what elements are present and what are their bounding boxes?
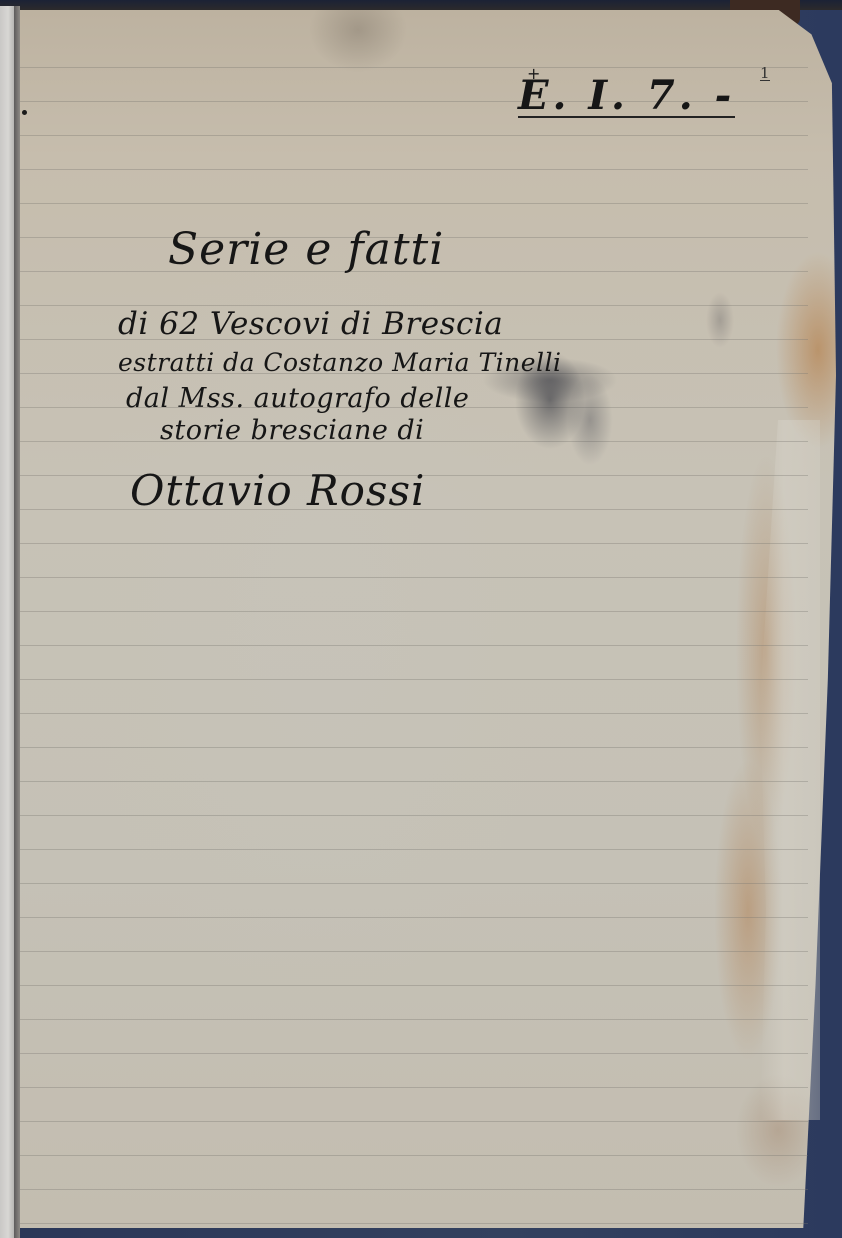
title-line-2: estratti da Costanzo Maria Tinelli [118, 348, 562, 377]
book-top-edge [0, 0, 842, 10]
author-name: Ottavio Rossi [130, 466, 425, 515]
gutter-shadow [14, 6, 20, 1238]
title-line-3: dal Mss. autografo delle [126, 383, 469, 414]
manuscript-photo: + E. I. 7. - 1 Serie e fatti di 62 Vesco… [0, 0, 842, 1238]
manuscript-title: Serie e fatti [168, 224, 444, 275]
title-line-1: di 62 Vescovi di Brescia [118, 306, 503, 342]
ink-smudge-margin [700, 280, 740, 360]
ink-dot [22, 110, 27, 115]
shelfmark: E. I. 7. - [518, 76, 735, 118]
title-line-4: storie bresciane di [160, 415, 424, 446]
page-number: 1 [760, 66, 770, 81]
manuscript-page [18, 10, 836, 1228]
